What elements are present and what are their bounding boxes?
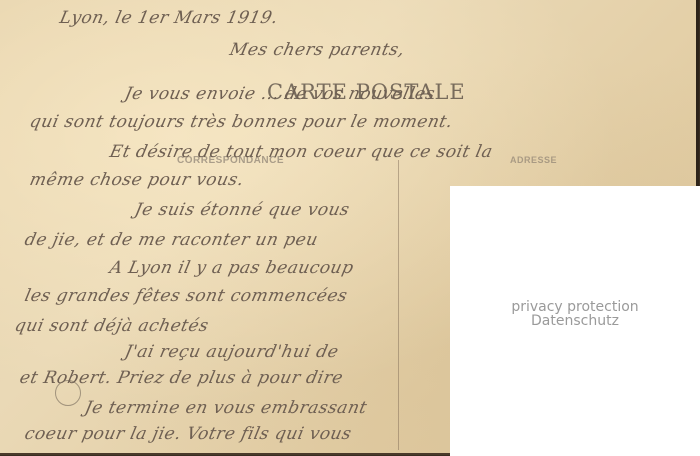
handwritten-line: et Robert. Priez de plus à pour dire	[18, 368, 345, 388]
handwritten-line: Je suis étonné que vous	[133, 200, 352, 220]
handwritten-line: qui sont déjà achetés	[13, 316, 211, 336]
privacy-overlay: privacy protection Datenschutz	[450, 186, 700, 456]
handwritten-line: Lyon, le 1er Mars 1919.	[58, 8, 280, 28]
handwritten-line: Et désire de tout mon coeur que ce soit …	[108, 142, 495, 162]
handwritten-line: A Lyon il y a pas beaucoup	[108, 258, 356, 278]
privacy-line-1: privacy protection	[450, 300, 700, 314]
handwritten-line: Je vous envoie ... de vos nouvelles	[123, 84, 437, 104]
handwritten-line: les grandes fêtes sont commencées	[23, 286, 349, 306]
handwritten-line: Mes chers parents,	[228, 40, 407, 60]
handwritten-line: qui sont toujours très bonnes pour le mo…	[28, 112, 455, 132]
handwritten-line: J'ai reçu aujourd'hui de	[123, 342, 341, 362]
handwritten-line: même chose pour vous.	[28, 170, 246, 190]
handwritten-line: de jie, et de me raconter un peu	[23, 230, 320, 250]
printed-address-label: ADRESSE	[510, 155, 557, 165]
handwritten-line: coeur pour la jie. Votre fils qui vous	[23, 424, 354, 444]
privacy-line-2: Datenschutz	[450, 314, 700, 328]
postcard-divider-line	[398, 160, 399, 450]
handwritten-line: Je termine en vous embrassant	[83, 398, 369, 418]
privacy-text: privacy protection Datenschutz	[450, 300, 700, 328]
